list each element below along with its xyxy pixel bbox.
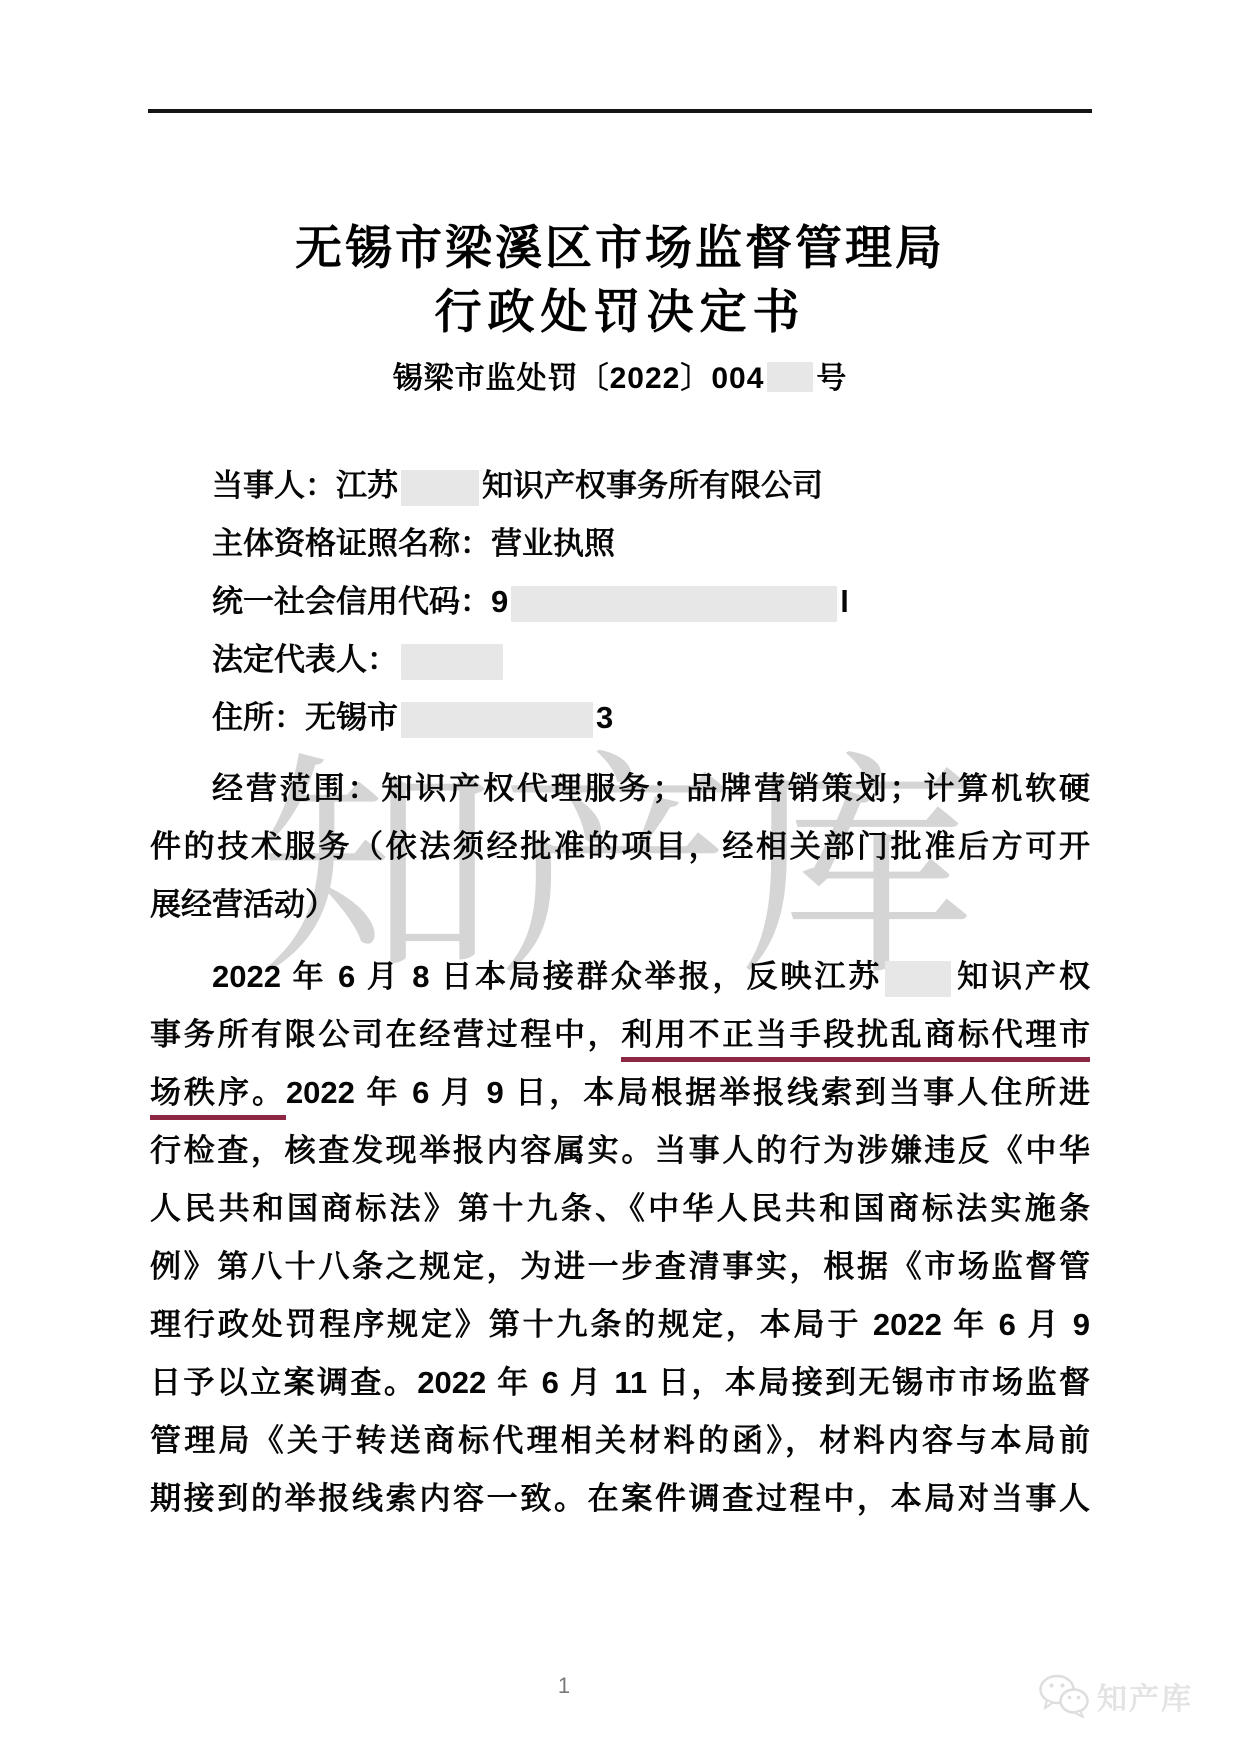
redaction-box: [401, 644, 503, 680]
body-line: 住所：无锡市3: [150, 689, 1090, 747]
body-text: 知识产权事务所有限公司: [482, 468, 823, 503]
body-line: 场秩序。2022 年 6 月 9 日，本局根据举报线索到当事人住所进: [150, 1064, 1090, 1122]
body-text: 件的技术服务（依法须经批准的项目，经相关部门批准后方可开: [150, 829, 1090, 864]
body-text: 3: [596, 700, 613, 735]
document-header: 无锡市梁溪区市场监督管理局 行政处罚决定书 锡梁市监处罚〔2022〕004号: [0, 224, 1240, 396]
redaction-box: [885, 961, 951, 997]
header-rule: [148, 109, 1092, 113]
body-line: 当事人：江苏知识产权事务所有限公司: [150, 457, 1090, 515]
body-text: 统一社会信用代码：9: [212, 584, 508, 619]
redaction-box: [401, 702, 593, 738]
body-line: 2022 年 6 月 8 日本局接群众举报，反映江苏知识产权: [150, 948, 1090, 1006]
body-text: 理行政处罚程序规定》第十九条的规定，本局于 2022 年 6 月 9: [150, 1307, 1090, 1342]
paragraph: 经营范围：知识产权代理服务；品牌营销策划；计算机软硬件的技术服务（依法须经批准的…: [150, 760, 1090, 934]
body-line: 统一社会信用代码：9l: [150, 573, 1090, 631]
body-text: 日予以立案调查。2022 年 6 月 11 日，本局接到无锡市市场监督: [150, 1365, 1090, 1400]
body-text: 当事人：江苏: [212, 468, 398, 503]
publisher-logo: 知产库: [1038, 1674, 1193, 1718]
body-line: 人民共和国商标法》第十九条、《中华人民共和国商标法实施条: [150, 1180, 1090, 1238]
body-line: 行检查，核查发现举报内容属实。当事人的行为涉嫌违反《中华: [150, 1122, 1090, 1180]
document-number: 锡梁市监处罚〔2022〕004号: [0, 362, 1240, 396]
document-type-title: 行政处罚决定书: [0, 288, 1240, 336]
party-info-block: 当事人：江苏知识产权事务所有限公司主体资格证照名称：营业执照统一社会信用代码：9…: [150, 457, 1090, 747]
body-text: 管理局《关于转送商标代理相关材料的函》，材料内容与本局前: [150, 1423, 1090, 1458]
underlined-text: 场秩序。: [150, 1075, 286, 1120]
body-text: 事务所有限公司在经营过程中，: [150, 1017, 621, 1052]
document-number-suffix: 号: [816, 362, 847, 395]
body-line: 管理局《关于转送商标代理相关材料的函》，材料内容与本局前: [150, 1412, 1090, 1470]
body-text: 2022 年 6 月 9 日，本局根据举报线索到当事人住所进: [286, 1075, 1090, 1110]
body-text: 住所：无锡市: [212, 700, 398, 735]
body-line: 事务所有限公司在经营过程中，利用不正当手段扰乱商标代理市: [150, 1006, 1090, 1064]
document-number-prefix: 锡梁市监处罚〔2022〕004: [393, 362, 765, 395]
body-text: 人民共和国商标法》第十九条、《中华人民共和国商标法实施条: [150, 1191, 1090, 1226]
body-text: 展经营活动）: [150, 887, 336, 922]
body-line: 件的技术服务（依法须经批准的项目，经相关部门批准后方可开: [150, 818, 1090, 876]
body-text: 行检查，核查发现举报内容属实。当事人的行为涉嫌违反《中华: [150, 1133, 1090, 1168]
body-text: 例》第八十八条之规定，为进一步查清事实，根据《市场监督管: [150, 1249, 1090, 1284]
body-line: 理行政处罚程序规定》第十九条的规定，本局于 2022 年 6 月 9: [150, 1296, 1090, 1354]
body-line: 法定代表人：: [150, 631, 1090, 689]
redaction-box: [511, 586, 837, 622]
body-line: 期接到的举报线索内容一致。在案件调查过程中，本局对当事人: [150, 1470, 1090, 1528]
body-text: 主体资格证照名称：营业执照: [212, 526, 615, 561]
page-number: 1: [546, 1672, 582, 1700]
body-text: 经营范围：知识产权代理服务；品牌营销策划；计算机软硬: [212, 771, 1090, 806]
body-text: 知识产权: [954, 959, 1090, 994]
body-text: 法定代表人：: [212, 642, 398, 677]
redaction-box: [767, 362, 813, 392]
wechat-chat-bubbles-icon: [1038, 1674, 1090, 1718]
redaction-box: [401, 470, 479, 506]
body-line: 日予以立案调查。2022 年 6 月 11 日，本局接到无锡市市场监督: [150, 1354, 1090, 1412]
body-text: l: [840, 584, 849, 619]
paragraph: 2022 年 6 月 8 日本局接群众举报，反映江苏知识产权事务所有限公司在经营…: [150, 948, 1090, 1528]
body-line: 经营范围：知识产权代理服务；品牌营销策划；计算机软硬: [150, 760, 1090, 818]
body-text: 期接到的举报线索内容一致。在案件调查过程中，本局对当事人: [150, 1481, 1090, 1516]
body-line: 主体资格证照名称：营业执照: [150, 515, 1090, 573]
underlined-text: 利用不正当手段扰乱商标代理市: [621, 1017, 1090, 1062]
logo-text: 知产库: [1097, 1674, 1193, 1718]
body-line: 例》第八十八条之规定，为进一步查清事实，根据《市场监督管: [150, 1238, 1090, 1296]
body-line: 展经营活动）: [150, 876, 1090, 934]
document-page: 知产库 无锡市梁溪区市场监督管理局 行政处罚决定书 锡梁市监处罚〔2022〕00…: [0, 0, 1240, 1753]
body-text: 2022 年 6 月 8 日本局接群众举报，反映江苏: [212, 959, 882, 994]
agency-title: 无锡市梁溪区市场监督管理局: [0, 224, 1240, 272]
document-body: 当事人：江苏知识产权事务所有限公司主体资格证照名称：营业执照统一社会信用代码：9…: [150, 457, 1090, 1528]
